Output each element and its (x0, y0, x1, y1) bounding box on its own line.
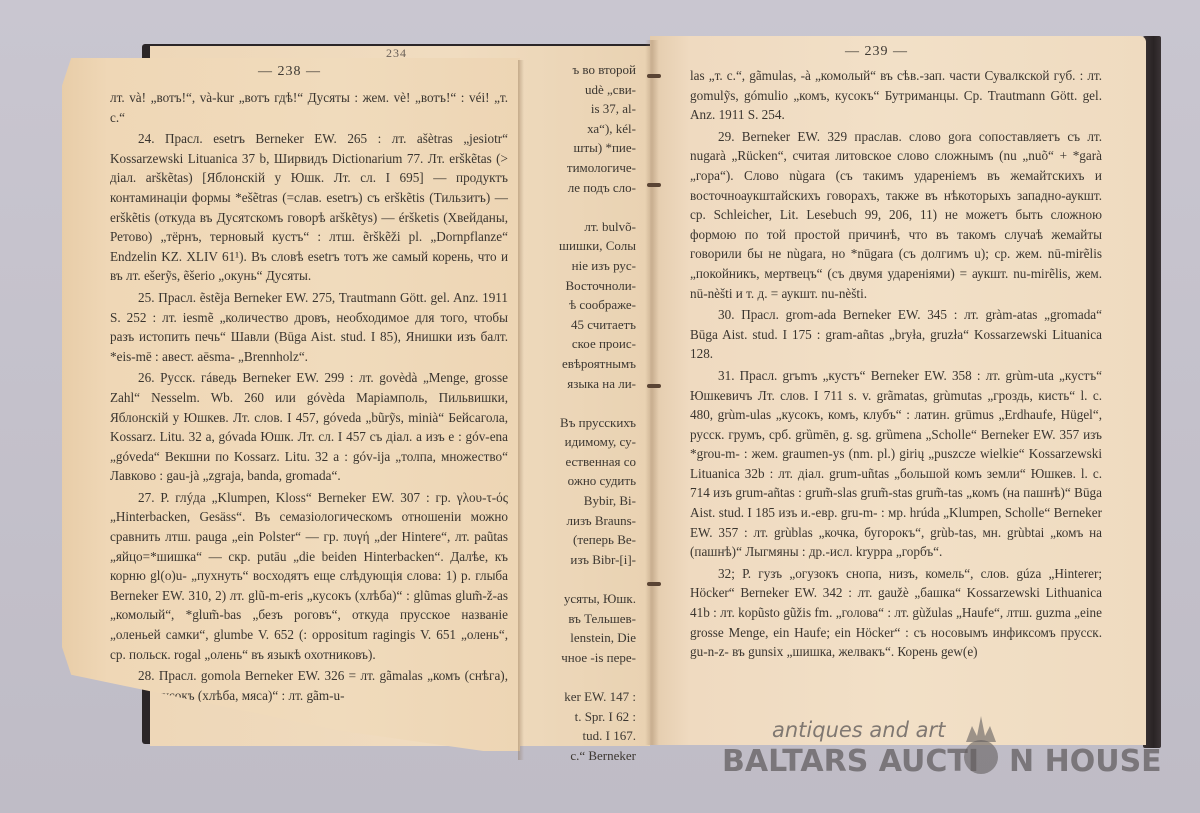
under-page-line: лт. bulvõ- (512, 217, 636, 237)
under-page-line: шты) *пие- (512, 138, 636, 158)
under-page-line (512, 197, 636, 217)
paragraph: 30. Прасл. grom-ada Berneker EW. 345 : л… (690, 305, 1102, 364)
under-page-line: ніе изъ рус- (512, 256, 636, 276)
watermark-name-left: BALTARS AUCTI (722, 744, 979, 779)
under-page-line: ественная со (512, 452, 636, 472)
paragraph: 24. Прасл. esetrъ Berneker EW. 265 : лт.… (110, 129, 508, 286)
right-page-folio: — 239 — (845, 44, 908, 60)
watermark-name-right: N HOUSE (1009, 744, 1162, 779)
under-page-line: евѣроятнымъ (512, 354, 636, 374)
under-page-line: c.“ Berneker (512, 746, 636, 766)
under-page-line: изъ Bibr-[i]- (512, 550, 636, 570)
left-page-folio: — 238 — (258, 64, 321, 80)
under-page-line: шишки, Солы (512, 236, 636, 256)
under-page-line: Въ прусскихъ (512, 413, 636, 433)
under-page-line: ѣ соображе- (512, 295, 636, 315)
under-page-line: усяты, Юшк. (512, 589, 636, 609)
under-page-line: въ Тельшев- (512, 609, 636, 629)
paragraph: 32; Р. гузъ „огузокъ снопа, низъ, комель… (690, 564, 1102, 662)
underlying-page-text: ъ во второйudè „сви-is 37, al-ха“), kél-… (512, 60, 636, 765)
left-page-body: лт. và! „вотъ!“, và-kur „вотъ гдѣ!“ Дуся… (110, 88, 508, 705)
under-page-line: Восточноли- (512, 276, 636, 296)
binding-stitch (647, 384, 661, 388)
under-page-line: ker EW. 147 : (512, 687, 636, 707)
under-page-line: is 37, al- (512, 99, 636, 119)
under-page-line: Bybir, Bi- (512, 491, 636, 511)
under-page-line: ха“), kél- (512, 119, 636, 139)
under-page-line: (теперь Be- (512, 530, 636, 550)
under-page-line: идимому, су- (512, 432, 636, 452)
under-page-line: языка на ли- (512, 374, 636, 394)
under-page-line (512, 569, 636, 589)
under-page-line: лизъ Brauns- (512, 511, 636, 531)
under-page-line: 45 считаетъ (512, 315, 636, 335)
left-page: — 238 — лт. và! „вотъ!“, và-kur „вотъ гд… (62, 58, 520, 751)
page-shadow (518, 60, 524, 760)
under-page-line: ле подъ сло- (512, 178, 636, 198)
book-gutter (645, 40, 659, 745)
binding-stitch (647, 582, 661, 586)
under-page-line: ожно судить (512, 471, 636, 491)
binding-stitch (647, 74, 661, 78)
under-page-line (512, 393, 636, 413)
watermark-name: BALTARS AUCTIN HOUSE (722, 744, 1162, 779)
under-page-line: тимологиче- (512, 158, 636, 178)
paragraph: las „т. с.“, gãmulas, -à „комолый“ въ сѣ… (690, 66, 1102, 125)
under-page-line: lenstein, Die (512, 628, 636, 648)
under-page-line: t. Spr. I 62 : (512, 707, 636, 727)
paragraph: 27. Р. глýда „Klumpen, Kloss“ Berneker E… (110, 488, 508, 664)
under-page-line: ское проис- (512, 334, 636, 354)
paragraph: 29. Berneker EW. 329 праслав. слово gora… (690, 127, 1102, 303)
under-page-line: tud. I 167. (512, 726, 636, 746)
under-page-line (512, 667, 636, 687)
right-page: — 239 — las „т. с.“, gãmulas, -à „комолы… (650, 36, 1146, 745)
paragraph: 26. Русск. гáведь Berneker EW. 299 : лт.… (110, 368, 508, 486)
binding-stitch (647, 183, 661, 187)
right-page-body: las „т. с.“, gãmulas, -à „комолый“ въ сѣ… (690, 66, 1102, 662)
under-page-line: udè „сви- (512, 80, 636, 100)
paragraph: 25. Прасл. ẽstẽja Berneker EW. 275, Trau… (110, 288, 508, 366)
under-page-line: ъ во второй (512, 60, 636, 80)
under-page-line: чное -is пере- (512, 648, 636, 668)
paragraph: лт. và! „вотъ!“, và-kur „вотъ гдѣ!“ Дуся… (110, 88, 508, 127)
paragraph: 31. Прасл. grъmъ „кустъ“ Berneker EW. 35… (690, 366, 1102, 562)
